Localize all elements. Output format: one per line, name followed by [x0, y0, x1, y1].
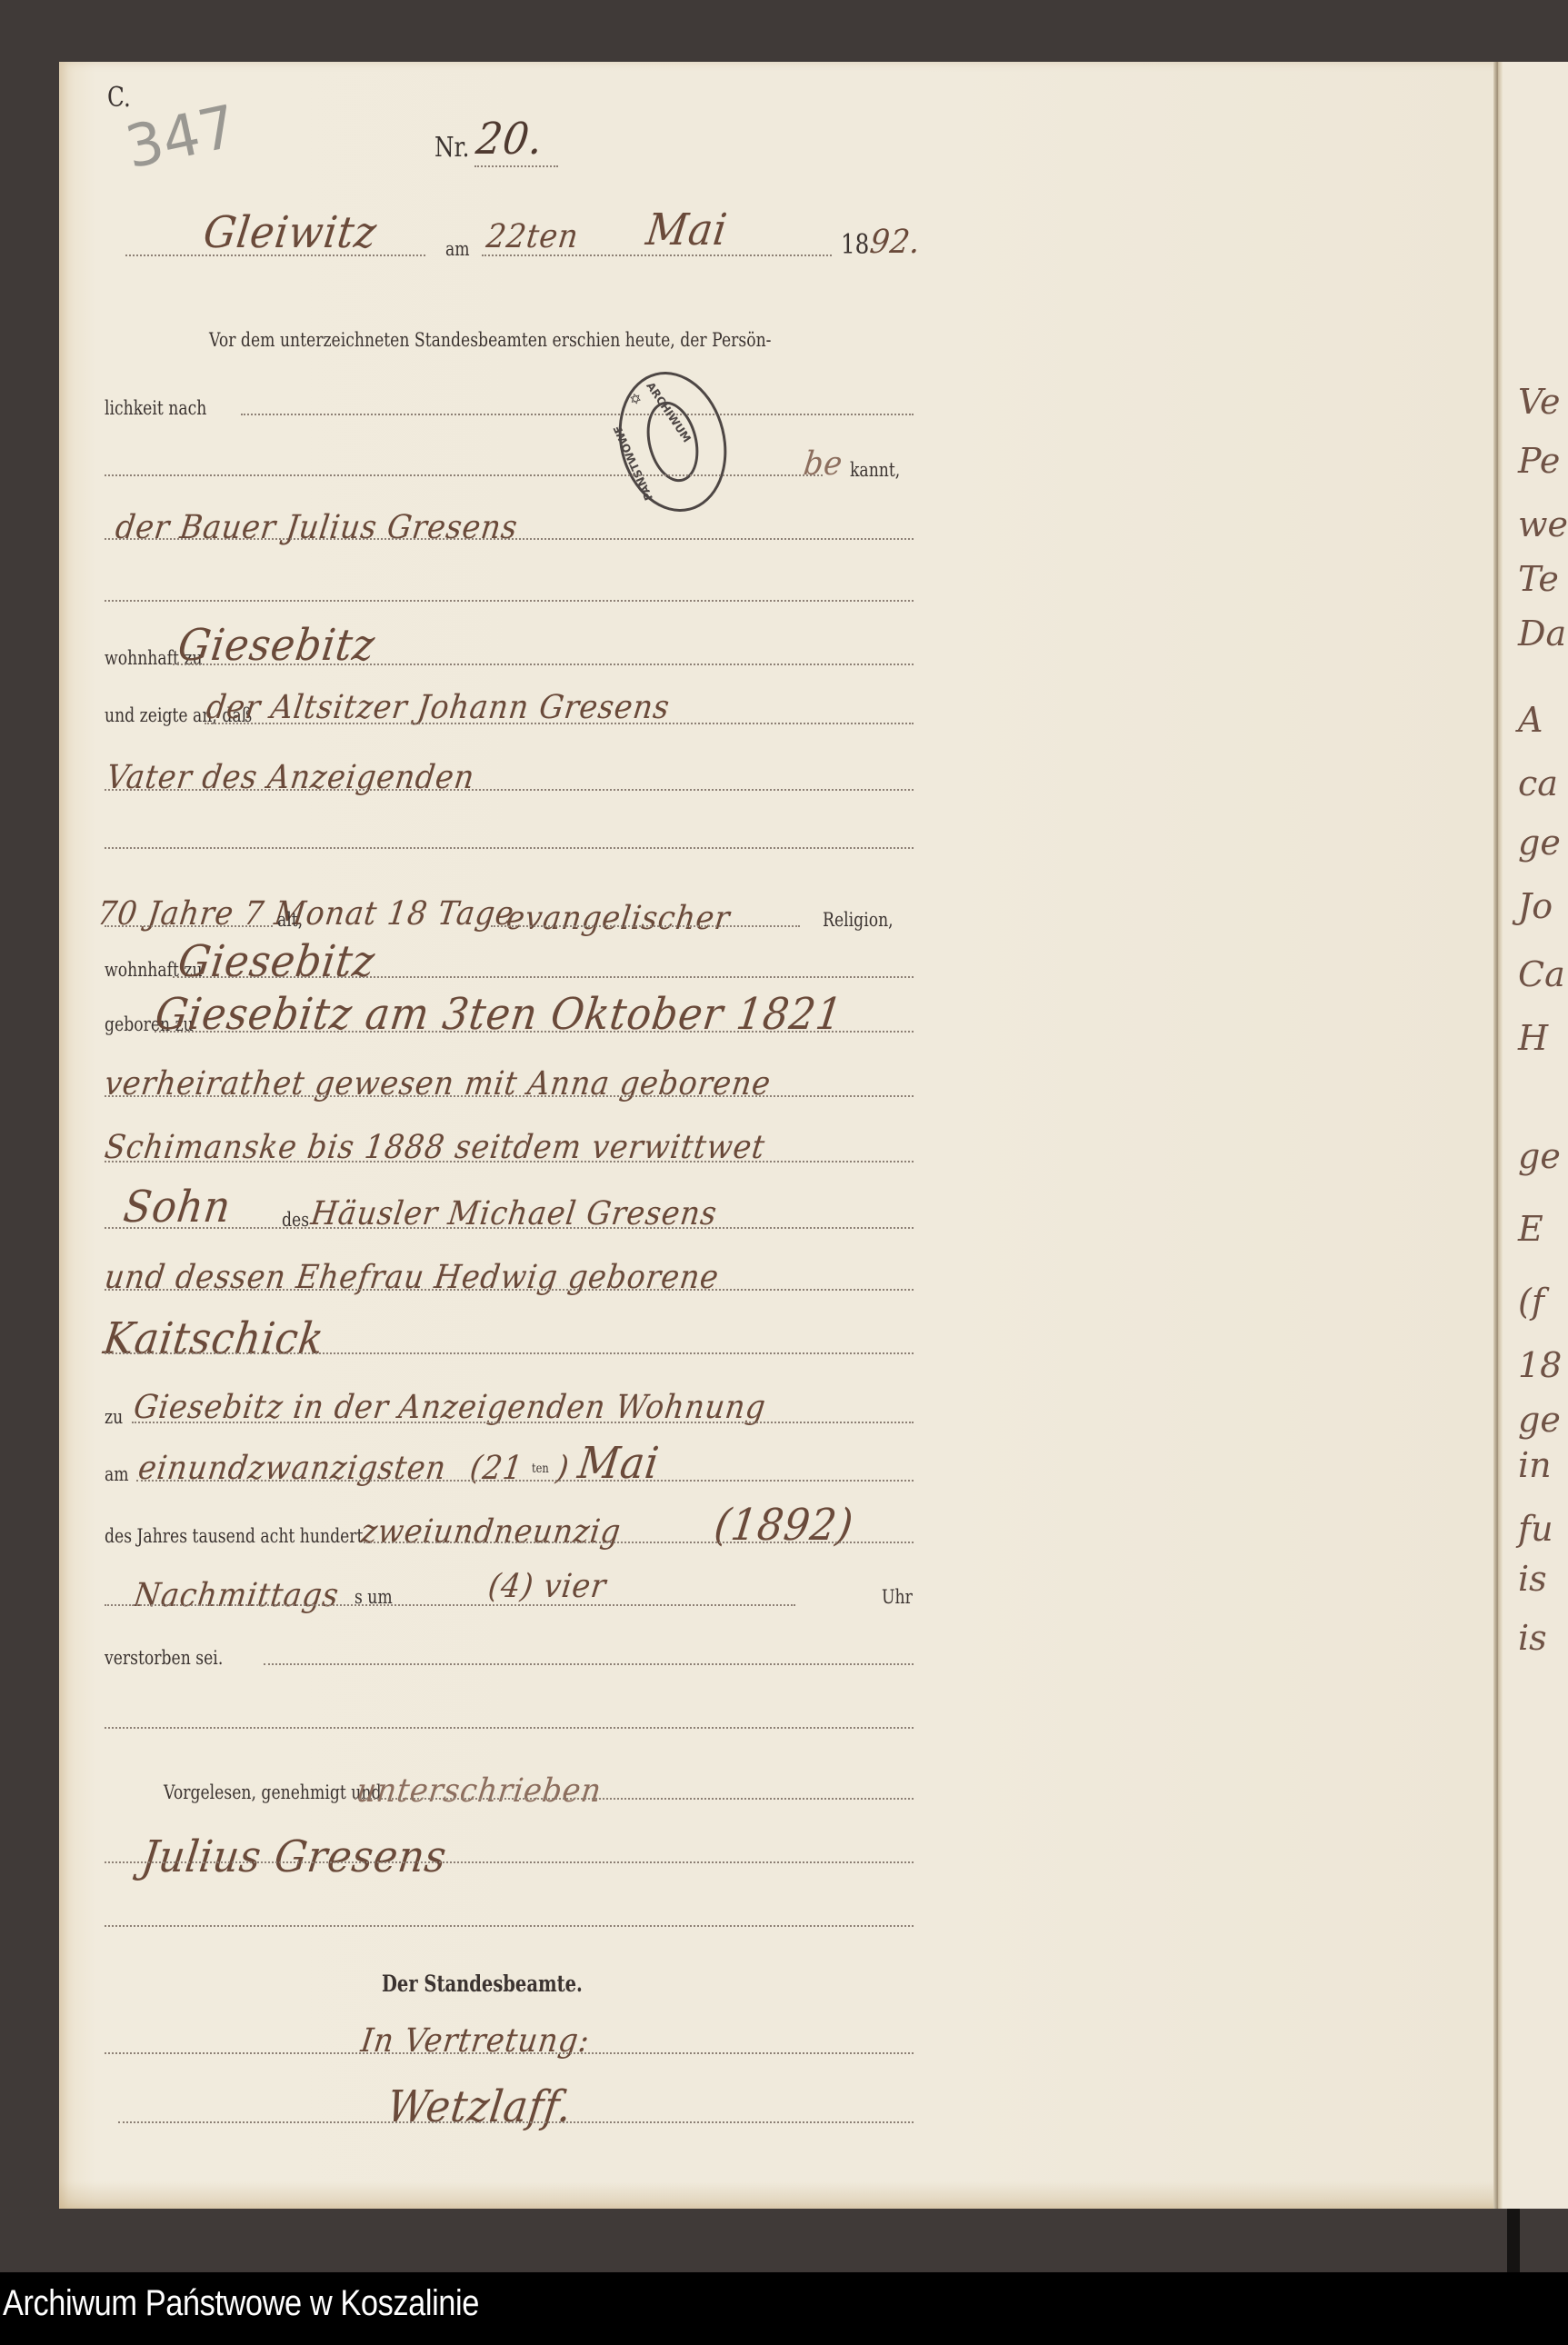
dotted-line [105, 1161, 914, 1163]
residence-value: Giesebitz [175, 936, 378, 987]
religion-value: evangelischer [504, 900, 733, 937]
death-year-words: zweiundneunzig [359, 1513, 624, 1551]
registrar-title: Der Standesbeamte. [382, 1971, 583, 1997]
approval-hand: unterschrieben [355, 1772, 604, 1810]
dotted-line [155, 1031, 914, 1033]
adjacent-page-text: in [1518, 1445, 1552, 1485]
star-icon: ✡ [627, 389, 644, 409]
adjacent-page-text: is [1518, 1559, 1547, 1599]
adjacent-page-text: we [1518, 504, 1568, 544]
time-label: Uhr [882, 1586, 913, 1608]
adjacent-page-text: Ve [1518, 382, 1560, 422]
adjacent-page-text: ge [1518, 823, 1561, 863]
adjacent-page-text: is [1518, 1618, 1547, 1658]
adjacent-page-text: Ca [1518, 954, 1565, 994]
adjacent-page-text: ca [1518, 763, 1558, 803]
time-hour: (4) vier [486, 1568, 609, 1605]
religion-label: Religion, [823, 909, 894, 931]
adjacent-page-text: Jo [1518, 886, 1553, 926]
dotted-line [355, 1798, 914, 1800]
adjacent-page-text: ge [1518, 1400, 1561, 1440]
adjacent-page-text: fu [1518, 1509, 1553, 1549]
date-day: 22ten [484, 218, 581, 255]
adjacent-page-text: 18 [1518, 1345, 1562, 1385]
dotted-line [105, 789, 914, 791]
dotted-line [105, 600, 914, 602]
adjacent-page-text: H [1518, 1018, 1548, 1058]
dotted-line [105, 1727, 914, 1729]
time-of-day: Nachmittags [132, 1577, 342, 1614]
dotted-line [132, 1422, 914, 1423]
adjacent-page-text: E [1518, 1209, 1543, 1249]
intro-label: lichkeit nach [105, 397, 206, 419]
known-suffix-hand: be [802, 445, 845, 483]
adjacent-page-text: (f [1518, 1282, 1544, 1322]
dotted-line [105, 538, 914, 540]
registrar-signature: Wetzlaff. [385, 2081, 575, 2132]
archive-name: Archiwum Państwowe w Koszalinie [3, 2283, 479, 2324]
informant-name: der Bauer Julius Gresens [114, 509, 520, 546]
dotted-line [205, 723, 914, 724]
dotted-line [105, 1227, 914, 1229]
death-place: Giesebitz in der Anzeigenden Wohnung [132, 1389, 768, 1426]
death-year-label: des Jahres tausend acht hundert [105, 1525, 363, 1547]
number-label: Nr. [434, 132, 469, 164]
deceased-name: der Altsitzer Johann Gresens [205, 689, 673, 726]
adjacent-page-text: ge [1518, 1136, 1561, 1176]
dotted-line [105, 1352, 914, 1354]
deceased-label: verstorben sei. [105, 1647, 223, 1669]
dotted-line [474, 165, 558, 167]
dotted-line [264, 1663, 914, 1665]
date-month: Mai [644, 205, 731, 255]
adjacent-page-text: A [1518, 700, 1543, 740]
adjacent-page-text: Te [1518, 559, 1559, 599]
record-number: 20. [474, 114, 546, 165]
year-handwritten: 92. [868, 224, 924, 261]
date-prefix: am [445, 238, 470, 260]
dotted-line [173, 976, 914, 978]
dotted-line [173, 664, 914, 665]
dotted-line [105, 925, 273, 927]
intro-line: Vor dem unterzeichneten Standesbeamten e… [209, 329, 771, 351]
dotted-line [125, 254, 425, 256]
book-spine [1507, 2209, 1520, 2272]
year-printed: 18 [841, 229, 869, 261]
dotted-line [105, 1289, 914, 1291]
dotted-line [105, 847, 914, 849]
dotted-line [136, 1480, 914, 1482]
dotted-line [105, 1095, 914, 1097]
book-gutter [1493, 62, 1503, 2209]
death-place-label: zu [105, 1406, 123, 1428]
dotted-line [364, 1542, 914, 1543]
age-suffix: alt, [277, 909, 303, 931]
son-of-hand: Sohn [121, 1182, 235, 1232]
dotted-line [491, 925, 800, 927]
dotted-line [105, 1604, 795, 1606]
time-um: s um [355, 1586, 393, 1608]
form-series: C. [107, 82, 131, 114]
death-date-label: am [105, 1463, 129, 1485]
death-date-superscript: ten [532, 1462, 549, 1476]
dotted-line [105, 1925, 914, 1927]
adjacent-page-text: Da [1518, 614, 1566, 654]
dotted-line [118, 2121, 914, 2123]
known-suffix-print: kannt, [850, 459, 900, 481]
informant-signature: Julius Gresens [139, 1831, 450, 1882]
approval-label: Vorgelesen, genehmigt und [164, 1781, 381, 1803]
adjacent-page-text: Pe [1518, 441, 1560, 481]
registry-place: Gleiwitz [201, 207, 380, 258]
dotted-line [105, 474, 823, 476]
dotted-line [241, 414, 914, 415]
dotted-line [105, 1861, 914, 1863]
mother-line-2: Kaitschick [101, 1313, 327, 1364]
dotted-line [105, 2052, 914, 2054]
